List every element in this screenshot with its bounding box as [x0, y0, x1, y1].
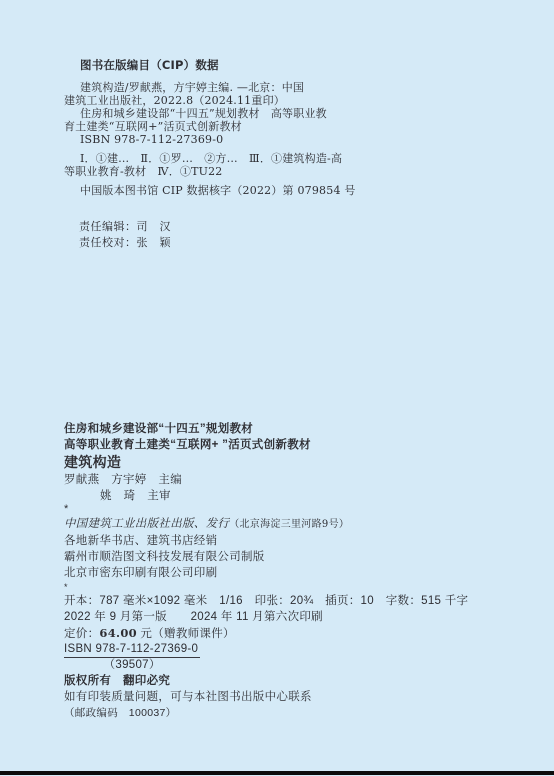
series-title-line2: 高等职业教育土建类“互联网+ ”活页式创新教材	[64, 437, 504, 453]
authors-line: 罗献燕 方宇婷 主编	[64, 472, 504, 488]
cip-line: 育土建类“互联网+”活页式创新教材	[64, 120, 484, 133]
format-line: 开本：787 毫米×1092 毫米 1/16 印张：20¾ 插页：10 字数：5…	[64, 593, 504, 609]
typesetting-line: 霸州市顺浩图文科技发展有限公司制版	[64, 549, 504, 565]
cip-classification-line: 等职业教育-教材 Ⅳ．①TU22	[64, 165, 484, 178]
colophon-block: 住房和城乡建设部“十四五”规划教材 高等职业教育土建类“互联网+ ”活页式创新教…	[64, 421, 504, 721]
series-title-line1: 住房和城乡建设部“十四五”规划教材	[64, 421, 504, 437]
price-suffix: 元（赠教师课件）	[137, 628, 235, 640]
quality-notice: 如有印装质量问题，可与本社图书出版中心联系	[64, 689, 504, 705]
cip-header: 图书在版编目（CIP）数据	[64, 58, 484, 72]
distribution-line: 各地新华书店、建筑书店经销	[64, 533, 504, 549]
isbn-block: ISBN 978-7-112-27369-0 （39507）	[64, 642, 200, 673]
divider-star: *	[64, 504, 504, 515]
cip-line: 住房和城乡建设部“十四五”规划教材 高等职业教	[64, 107, 484, 120]
postcode-line: （邮政编码 100037）	[64, 705, 504, 721]
page-bottom-edge-bar	[0, 771, 554, 775]
edition-line: 2022 年 9 月第一版 2024 年 11 月第六次印刷	[64, 609, 504, 625]
cip-registry-line: 中国版本图书馆 CIP 数据核字（2022）第 079854 号	[64, 184, 484, 197]
reviewer-line: 姚 琦 主审	[64, 488, 504, 504]
cip-data-block: 图书在版编目（CIP）数据 建筑构造/罗献燕，方宇婷主编. —北京：中国 建筑工…	[64, 58, 484, 197]
editors-block: 责任编辑：司 汉 责任校对：张 颖	[79, 219, 171, 251]
book-title: 建筑构造	[64, 453, 504, 472]
book-copyright-page: 图书在版编目（CIP）数据 建筑构造/罗献燕，方宇婷主编. —北京：中国 建筑工…	[0, 0, 554, 776]
price-label: 定价：	[64, 628, 99, 640]
price-line: 定价：64.00 元（赠教师课件）	[64, 625, 504, 642]
price-value: 64.00	[99, 626, 137, 640]
printing-line: 北京市密东印刷有限公司印刷	[64, 565, 504, 581]
copyright-notice: 版权所有 翻印必究	[64, 673, 504, 689]
cip-classification-line: Ⅰ．①建… Ⅱ．①罗… ②方… Ⅲ．①建筑构造-高	[64, 152, 484, 165]
cip-line: 建筑构造/罗献燕，方宇婷主编. —北京：中国	[64, 81, 484, 94]
cip-isbn-line: ISBN 978-7-112-27369-0	[64, 133, 484, 146]
publisher-name: 中国建筑工业出版社出版、发行	[64, 516, 229, 530]
isbn-line: ISBN 978-7-112-27369-0	[64, 642, 200, 658]
isbn-code: （39507）	[64, 658, 200, 673]
publisher-line: 中国建筑工业出版社出版、发行（北京海淀三里河路9号）	[64, 515, 504, 533]
divider-star: *	[64, 581, 504, 593]
cip-line: 建筑工业出版社，2022.8（2024.11重印）	[64, 94, 484, 107]
publisher-address: （北京海淀三里河路9号）	[229, 519, 349, 530]
responsible-proofreader-line: 责任校对：张 颖	[79, 235, 171, 251]
responsible-editor-line: 责任编辑：司 汉	[79, 219, 171, 235]
